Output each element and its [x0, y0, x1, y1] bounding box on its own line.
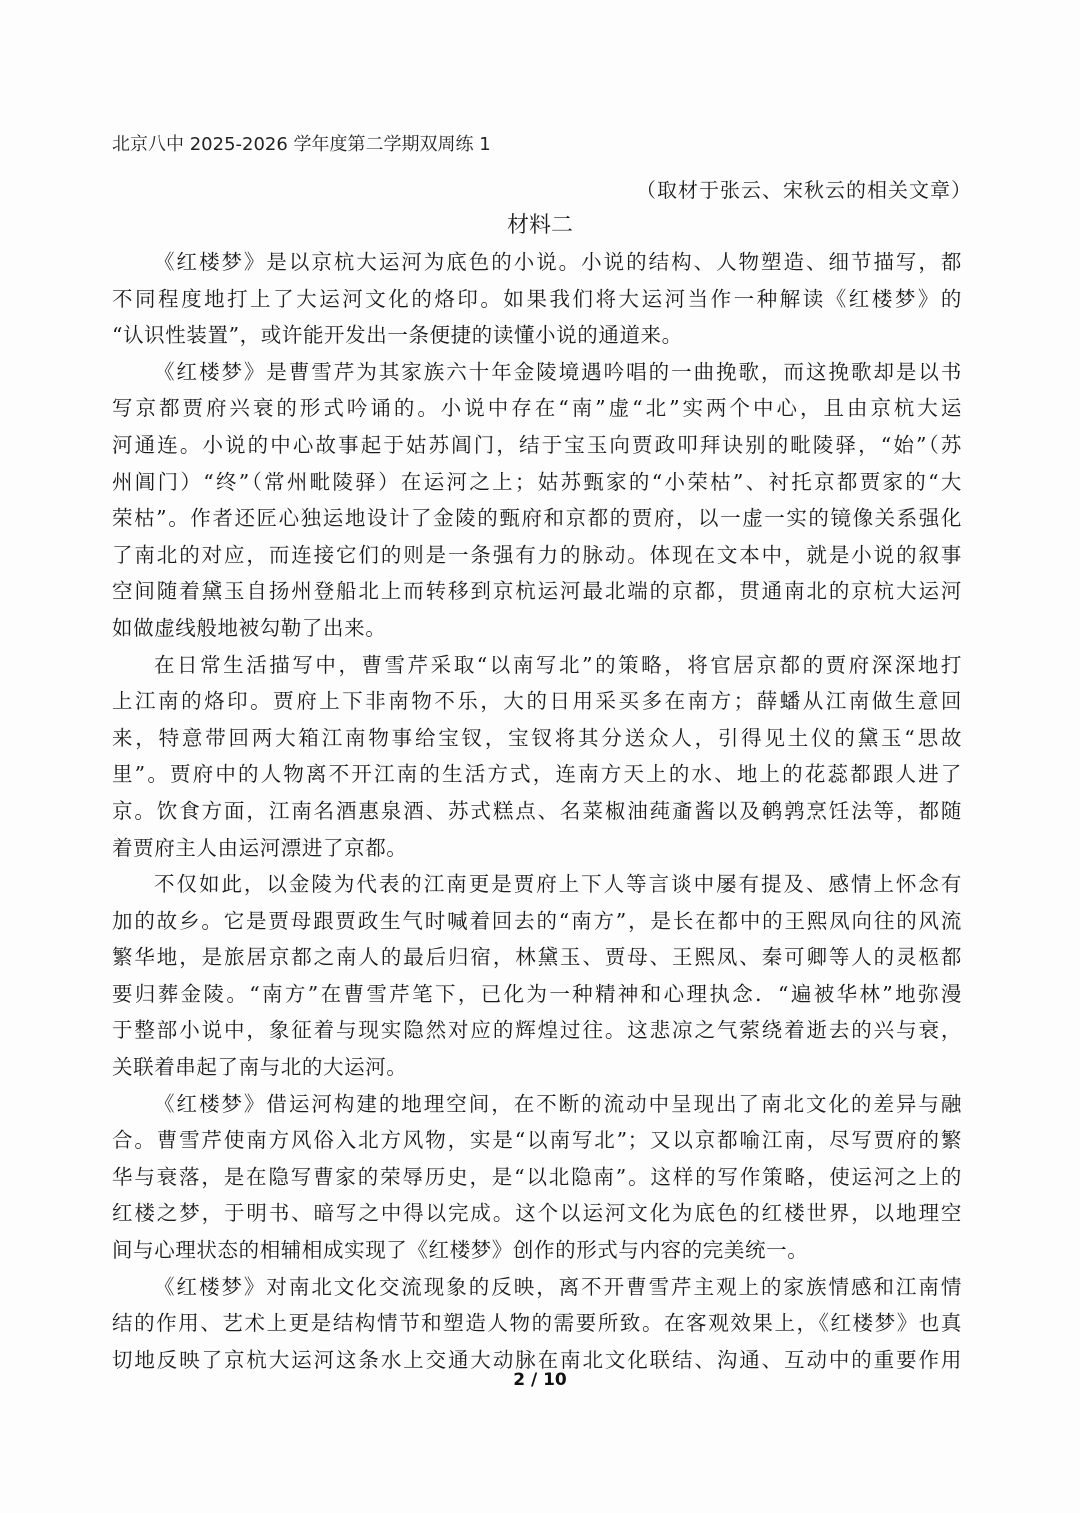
text-line: 如做虚线般地被勾勒了出来。: [112, 610, 962, 647]
text-line: 上江南的烙印。贾府上下非南物不乐，大的日用采买多在南方；薛蟠从江南做生意回: [112, 683, 962, 720]
text-line: 《红楼梦》是以京杭大运河为底色的小说。小说的结构、人物塑造、细节描写，都: [112, 244, 962, 281]
paragraph: 不仅如此，以金陵为代表的江南更是贾府上下人等言谈中屡有提及、感情上怀念有 加的故…: [112, 866, 962, 1086]
document-page: 北京八中 2025-2026 学年度第二学期双周练 1 （取材于张云、宋秋云的相…: [0, 0, 1080, 1513]
paragraph: 《红楼梦》是以京杭大运河为底色的小说。小说的结构、人物塑造、细节描写，都 不同程…: [112, 244, 962, 354]
text-line: 着贾府主人由运河漂进了京都。: [112, 830, 962, 867]
paragraph: 《红楼梦》借运河构建的地理空间，在不断的流动中呈现出了南北文化的差异与融 合。曹…: [112, 1086, 962, 1269]
text-line: 《红楼梦》是曹雪芹为其家族六十年金陵境遇吟唱的一曲挽歌，而这挽歌却是以书: [112, 354, 962, 391]
page-number: 2 / 10: [0, 1370, 1080, 1390]
text-line: 河通连。小说的中心故事起于姑苏阊门，结于宝玉向贾政叩拜诀别的毗陵驿，“始”（苏: [112, 427, 962, 464]
text-line: 州阊门）“终”（常州毗陵驿）在运河之上；姑苏甄家的“小荣枯”、衬托京都贾家的“大: [112, 464, 962, 501]
text-line: 了南北的对应，而连接它们的则是一条强有力的脉动。体现在文本中，就是小说的叙事: [112, 537, 962, 574]
text-line: 《红楼梦》对南北文化交流现象的反映，离不开曹雪芹主观上的家族情感和江南情: [112, 1269, 962, 1306]
text-line: 写京都贾府兴衰的形式吟诵的。小说中存在“南”虚“北”实两个中心，且由京杭大运: [112, 390, 962, 427]
text-line: 繁华地，是旅居京都之南人的最后归宿，林黛玉、贾母、王熙凤、秦可卿等人的灵柩都: [112, 939, 962, 976]
paragraph: 《红楼梦》对南北文化交流现象的反映，离不开曹雪芹主观上的家族情感和江南情 结的作…: [112, 1269, 962, 1379]
source-attribution: （取材于张云、宋秋云的相关文章）: [636, 174, 972, 203]
text-line: 《红楼梦》借运河构建的地理空间，在不断的流动中呈现出了南北文化的差异与融: [112, 1086, 962, 1123]
text-line: 结的作用、艺术上更是结构情节和塑造人物的需要所致。在客观效果上，《红楼梦》也真: [112, 1305, 962, 1342]
text-line: 空间随着黛玉自扬州登船北上而转移到京杭运河最北端的京都，贯通南北的京杭大运河: [112, 573, 962, 610]
text-line: 加的故乡。它是贾母跟贾政生气时喊着回去的“南方”，是长在都中的王熙凤向往的风流: [112, 903, 962, 940]
text-line: 来，特意带回两大箱江南物事给宝钗，宝钗将其分送众人，引得见土仪的黛玉“思故: [112, 720, 962, 757]
text-line: 在日常生活描写中，曹雪芹采取“以南写北”的策略，将官居京都的贾府深深地打: [112, 647, 962, 684]
paragraph: 在日常生活描写中，曹雪芹采取“以南写北”的策略，将官居京都的贾府深深地打 上江南…: [112, 647, 962, 867]
text-line: 要归葬金陵。“南方”在曹雪芹笔下，已化为一种精神和心理执念．“遍被华林”地弥漫: [112, 976, 962, 1013]
text-line: 不同程度地打上了大运河文化的烙印。如果我们将大运河当作一种解读《红楼梦》的: [112, 281, 962, 318]
paragraph: 《红楼梦》是曹雪芹为其家族六十年金陵境遇吟唱的一曲挽歌，而这挽歌却是以书 写京都…: [112, 354, 962, 647]
text-line: 红楼之梦，于明书、暗写之中得以完成。这个以运河文化为底色的红楼世界，以地理空: [112, 1195, 962, 1232]
text-line: 里”。贾府中的人物离不开江南的生活方式，连南方天上的水、地上的花蕊都跟人进了: [112, 756, 962, 793]
text-line: 间与心理状态的相辅相成实现了《红楼梦》创作的形式与内容的完美统一。: [112, 1232, 962, 1269]
text-line: 京。饮食方面，江南名酒惠泉酒、苏式糕点、名菜椒油莼齑酱以及鹌鹑烹饪法等，都随: [112, 793, 962, 830]
body-text: 《红楼梦》是以京杭大运河为底色的小说。小说的结构、人物塑造、细节描写，都 不同程…: [112, 244, 962, 1378]
section-title: 材料二: [0, 208, 1080, 239]
text-line: 华与衰落，是在隐写曹家的荣辱历史，是“以北隐南”。这样的写作策略，使运河之上的: [112, 1159, 962, 1196]
text-line: 荣枯”。作者还匠心独运地设计了金陵的甄府和京都的贾府，以一虚一实的镜像关系强化: [112, 500, 962, 537]
text-line: 合。曹雪芹使南方风俗入北方风物，实是“以南写北”；又以京都喻江南，尽写贾府的繁: [112, 1122, 962, 1159]
text-line: 不仅如此，以金陵为代表的江南更是贾府上下人等言谈中屡有提及、感情上怀念有: [112, 866, 962, 903]
text-line: 关联着串起了南与北的大运河。: [112, 1049, 962, 1086]
text-line: “认识性装置”，或许能开发出一条便捷的读懂小说的通道来。: [112, 317, 962, 354]
text-line: 于整部小说中，象征着与现实隐然对应的辉煌过往。这悲凉之气萦绕着逝去的兴与衰，: [112, 1012, 962, 1049]
document-header: 北京八中 2025-2026 学年度第二学期双周练 1: [112, 130, 491, 156]
